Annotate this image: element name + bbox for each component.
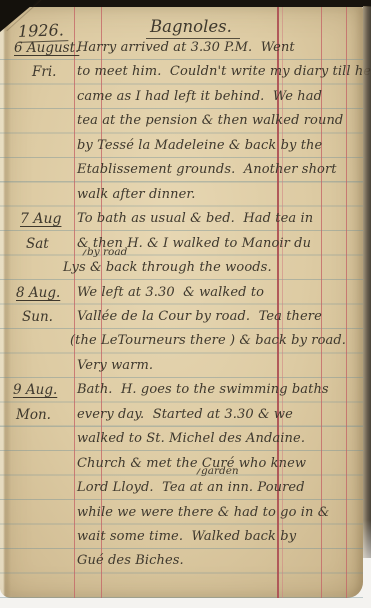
diary-line-text: tea at the pension & then walked round (77, 110, 343, 132)
diary-row: Sat& then H. & I walked to Manoir du (0, 233, 361, 255)
entry-date-label: Sat (8, 233, 76, 255)
diary-line-text: Gué des Biches. (77, 550, 184, 572)
diary-line-text: to meet him. Couldn't write my diary til… (77, 61, 371, 83)
interlinear-insertion: garden (198, 465, 239, 477)
diary-line-text: To bath as usual & bed. Had tea in (77, 208, 313, 230)
diary-line-text: while we were there & had to go in & (77, 502, 329, 524)
diary-line-text: Lord Lloyd. Tea at an inn. Poured (77, 477, 305, 499)
entry-date-label: 7 Aug (8, 208, 76, 230)
entry-date-label: 8 Aug. (8, 282, 76, 304)
scanned-diary-page: 1926. Bagnoles. 6 August.Harry arrived a… (0, 0, 371, 608)
diary-line-text: We left at 3.30 & walked to (77, 282, 264, 304)
diary-row: Mon.every day. Started at 3.30 & we (0, 404, 361, 426)
diary-row: Etablissement grounds. Another short (0, 159, 361, 181)
diary-row: 7 AugTo bath as usual & bed. Had tea in (0, 208, 361, 230)
diary-line-text: walked to St. Michel des Andaine. (77, 428, 305, 450)
diary-line-text: every day. Started at 3.30 & we (77, 404, 293, 426)
diary-row: Church & met the Curé who knew (0, 453, 361, 475)
diary-line-text: (the LeTourneurs there ) & back by road. (70, 330, 346, 352)
diary-row: Sun.Vallée de la Cour by road. Tea there (0, 306, 361, 328)
diary-row: 8 Aug.We left at 3.30 & walked to (0, 282, 361, 304)
entry-date-label: 9 Aug. (8, 379, 76, 401)
scan-background-top (0, 0, 371, 7)
diary-line-text: Church & met the Curé who knew (77, 453, 306, 475)
diary-line-text: Lys & back through the woods. (63, 257, 272, 279)
diary-line-text: Bath. H. goes to the swimming baths (77, 379, 329, 401)
diary-line-text: Very warm. (77, 355, 153, 377)
diary-row: while we were there & had to go in & (0, 502, 361, 524)
diary-line-text: Etablissement grounds. Another short (77, 159, 337, 181)
diary-row: Lys & back through the woods.by road (0, 257, 361, 279)
diary-line-text: by Tessé la Madeleine & back by the (77, 135, 322, 157)
diary-row: 9 Aug.Bath. H. goes to the swimming bath… (0, 379, 361, 401)
diary-row: Lord Lloyd. Tea at an inn. Pouredgarden (0, 477, 361, 499)
diary-row: 6 August.Harry arrived at 3.30 P.M. Went (0, 37, 361, 59)
entry-date-label: Mon. (8, 404, 76, 426)
diary-line-text: Harry arrived at 3.30 P.M. Went (77, 37, 295, 59)
book-right-edge (363, 6, 371, 558)
diary-row: Fri.to meet him. Couldn't write my diary… (0, 61, 361, 83)
entry-date-label: Sun. (8, 306, 76, 328)
diary-line-text: Vallée de la Cour by road. Tea there (77, 306, 322, 328)
diary-line-text: wait some time. Walked back by (77, 526, 296, 548)
book-right-edge-fade (363, 520, 371, 580)
diary-row: walked to St. Michel des Andaine. (0, 428, 361, 450)
diary-row: walk after dinner. (0, 184, 361, 206)
interlinear-insertion: by road (84, 246, 127, 258)
page-title: Bagnoles. (146, 17, 240, 39)
corner-fold (0, 0, 38, 32)
diary-row: (the LeTourneurs there ) & back by road. (0, 330, 361, 352)
diary-row: tea at the pension & then walked round (0, 110, 361, 132)
entry-date-label: Fri. (8, 61, 76, 83)
diary-line-text: came as I had left it behind. We had (77, 86, 322, 108)
diary-row: Very warm. (0, 355, 361, 377)
diary-row: wait some time. Walked back by (0, 526, 361, 548)
entry-date-label: 6 August. (8, 37, 76, 59)
diary-row: came as I had left it behind. We had (0, 86, 361, 108)
diary-row: by Tessé la Madeleine & back by the (0, 135, 361, 157)
diary-row: Gué des Biches. (0, 550, 361, 572)
notebook-page: 1926. Bagnoles. 6 August.Harry arrived a… (0, 6, 363, 598)
diary-line-text: walk after dinner. (77, 184, 196, 206)
